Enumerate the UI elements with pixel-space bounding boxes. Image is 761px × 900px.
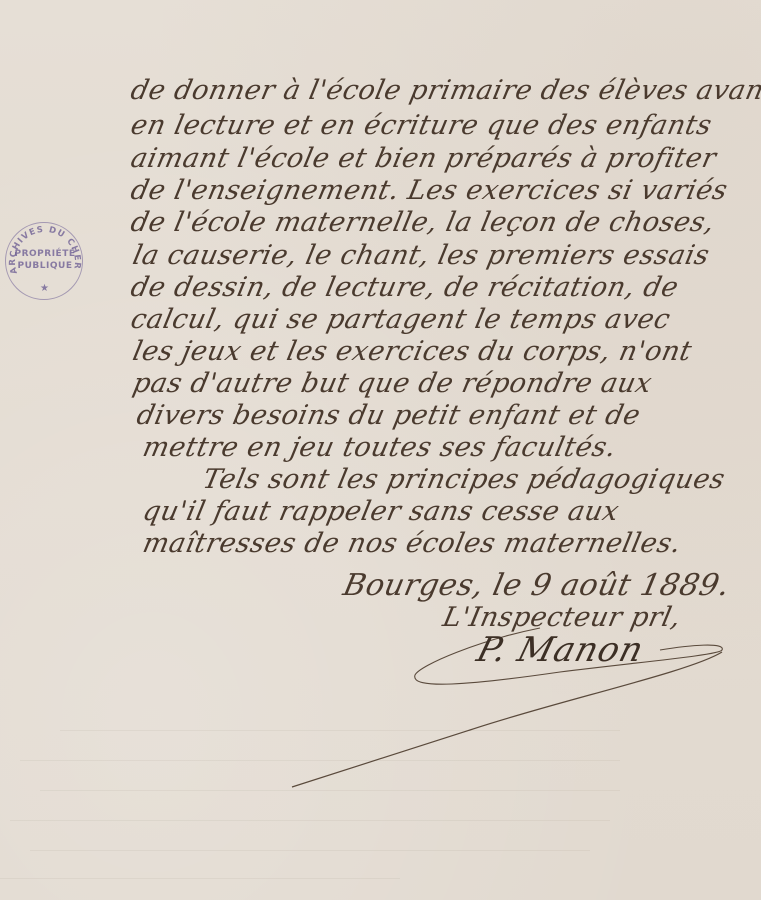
bleed-through-line [20,760,620,761]
stamp-text-line2: PUBLIQUE [6,261,84,271]
body-line: mettre en jeu toutes ses facultés. [140,432,619,463]
bleed-through-line [60,730,620,731]
star-icon: ★ [40,283,49,294]
body-line: les jeux et les exercices du corps, n'on… [130,336,695,367]
body-line: maîtresses de nos écoles maternelles. [140,528,684,559]
body-line: pas d'autre but que de répondre aux [130,368,655,399]
signature: P. Manon [473,630,649,670]
body-line: la causerie, le chant, les premiers essa… [130,240,712,271]
place-date: Bourges, le 9 août 1889. [340,568,733,603]
stamp-text-line1: PROPRIÉTÉ [6,249,84,259]
body-line: divers besoins du petit enfant et de [134,400,643,431]
body-line: de dessin, de lecture, de récitation, de [128,272,681,303]
body-line: de donner à l'école primaire des élèves … [128,75,761,106]
archive-stamp: ARCHIVES DU CHER PROPRIÉTÉ PUBLIQUE ★ [5,222,83,300]
letter-page: ARCHIVES DU CHER PROPRIÉTÉ PUBLIQUE ★ de… [0,0,761,900]
body-line: calcul, qui se partagent le temps avec [128,304,673,335]
body-line: qu'il faut rappeler sans cesse aux [140,496,622,527]
body-line: de l'école maternelle, la leçon de chose… [128,207,717,238]
body-line: de l'enseignement. Les exercices si vari… [128,175,731,206]
bleed-through-line [0,878,400,879]
body-line: Tels sont les principes pédagogiques [200,464,728,495]
bleed-through-line [10,820,610,821]
signatory-title: L'Inspecteur prl, [440,602,684,633]
body-line: aimant l'école et bien préparés à profit… [128,143,719,174]
bleed-through-line [40,790,620,791]
bleed-through-line [30,850,590,851]
body-line: en lecture et en écriture que des enfant… [128,110,715,141]
